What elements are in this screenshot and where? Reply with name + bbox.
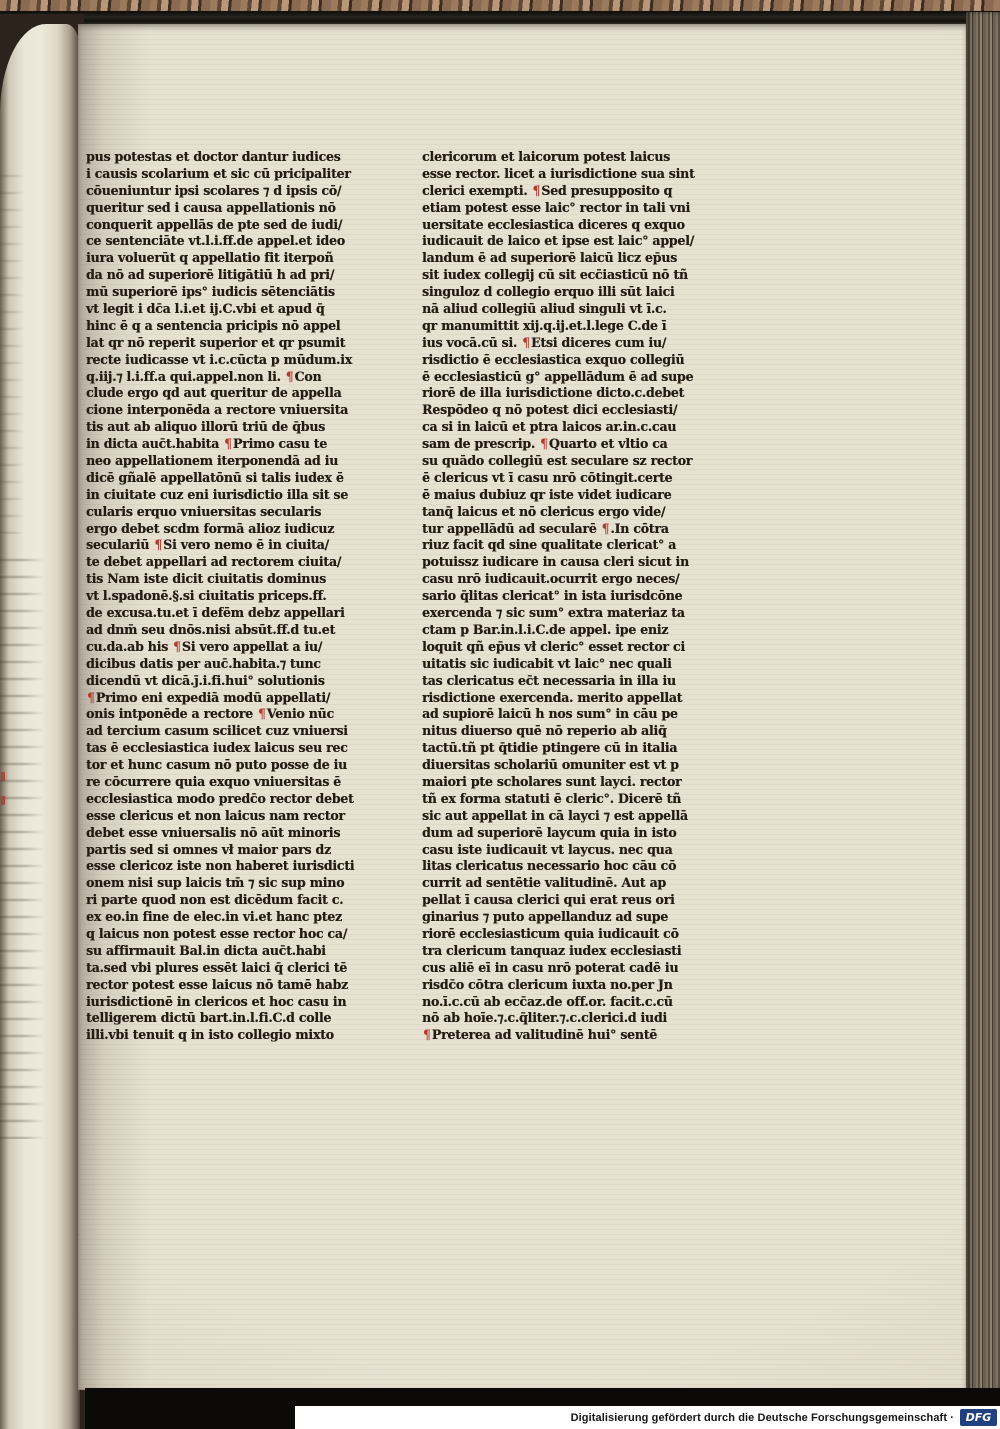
text-line: riuz facit qd sine qualitate clericat° a [422, 537, 714, 554]
text-line: tis aut ab aliquo illorū triū de q̄bus [86, 419, 374, 436]
text-line: exercenda ⁊ sic sum° extra materiaz ta [422, 605, 714, 622]
text-line: ad tercium casum scilicet cuz vniuersi [86, 723, 374, 740]
text-line: cu.da.ab his ¶Si vero appellat a iu/ [86, 639, 374, 656]
digitization-credit-text: Digitalisierung gefördert durch die Deut… [571, 1412, 954, 1424]
text-line: sam de prescrip. ¶Quarto et vltio ca [422, 436, 714, 453]
text-line: tor et hunc casum nō puto posse de iu [86, 757, 374, 774]
text-line: illi.vbi tenuit q in isto collegio mixto [86, 1027, 374, 1044]
text-line: in dicta auc̄t.habita ¶Primo casu te [86, 436, 374, 453]
text-line: ¶Primo eni expediā modū appellati/ [86, 690, 374, 707]
text-line: cione interponēda a rectore vniuersita [86, 402, 374, 419]
text-line: hinc ē q a sentencia pricipis nō appel [86, 318, 374, 335]
text-line: iudicauit de laico et ipse est laic° app… [422, 233, 714, 250]
text-line: da nō ad superiorē litigātiū h ad pri/ [86, 267, 374, 284]
text-line: sario q̄litas clericat° in ista iurisdcō… [422, 588, 714, 605]
text-line: potuissz iudicare in causa cleri sicut i… [422, 554, 714, 571]
text-line: litas clericatus necessario hoc cāu cō [422, 858, 714, 875]
text-line: ¶Preterea ad valitudinē hui° sentē [422, 1027, 714, 1044]
text-line: landum ē ad superiorē laicū licz ep̄us [422, 250, 714, 267]
text-column-right: clericorum et laicorum potest laicusesse… [422, 149, 714, 1044]
text-line: ta.sed vbi plures essēt laici q̄ clerici… [86, 960, 374, 977]
text-line: de excusa.tu.et ī defēm debz appellari [86, 605, 374, 622]
text-line: casu iste iudicauit vt laycus. nec qua [422, 842, 714, 859]
text-line: tas clericatus ec̄t necessaria in illa i… [422, 673, 714, 690]
text-line: ē maius dubiuz qr iste videt iudicare [422, 487, 714, 504]
text-line: iurisdictionē in clericos et hoc casu in [86, 994, 374, 1011]
text-line: ca si in laicū et ptra laicos ar.in.c.ca… [422, 419, 714, 436]
text-line: ri parte quod non est dicēdum facit c. [86, 892, 374, 909]
text-line: dum ad superiorē laycum quia in isto [422, 825, 714, 842]
text-line: clericorum et laicorum potest laicus [422, 149, 714, 166]
text-line: esse clericus et non laicus nam rector [86, 808, 374, 825]
text-line: pus potestas et doctor dantur iudices [86, 149, 374, 166]
text-line: ce sentenciāte vt.l.i.ff.de appel.et ide… [86, 233, 374, 250]
text-line: nā aliud collegiū aliud singuli vt ī.c. [422, 301, 714, 318]
text-line: sit iudex collegij cū sit ecc̄iasticū nō… [422, 267, 714, 284]
text-line: ecclesiastica modo predc̄o rector debet [86, 791, 374, 808]
text-line: dicibus datis per auc̄.habita.⁊ tunc [86, 656, 374, 673]
text-line: uitatis sic iudicabit vt laic° nec quali [422, 656, 714, 673]
text-line: loquit qñ ep̄us vł cleric° esset rector … [422, 639, 714, 656]
text-line: telligerem dictū bart.in.l.fi.C.d colle [86, 1010, 374, 1027]
text-line: in ciuitate cuz eni iurisdictio illa sit… [86, 487, 374, 504]
text-line: i causis scolarium et sic cū pricipalite… [86, 166, 374, 183]
text-line: clerici exempti. ¶Sed presupposito q [422, 183, 714, 200]
text-line: pellat ī causa clerici qui erat reus ori [422, 892, 714, 909]
text-line: ē clericus vt ī casu nrō cōtingit.certe [422, 470, 714, 487]
text-line: mū superiorē ips° iudicis sētenciātis [86, 284, 374, 301]
text-line: rector potest esse laicus nō tamē habz [86, 977, 374, 994]
text-line: queritur sed i causa appellationis nō [86, 200, 374, 217]
text-line: tur appellādū ad secularē ¶.In cōtra [422, 521, 714, 538]
text-line: ē ecclesiasticū g° appellādum ē ad supe [422, 369, 714, 386]
scanned-book-page: pus potestas et doctor dantur iudicesi c… [0, 0, 1000, 1429]
text-line: tis Nam iste dicit ciuitatis dominus [86, 571, 374, 588]
digitization-footer: Digitalisierung gefördert durch die Deut… [295, 1406, 1000, 1429]
text-line: q.iij.⁊ l.i.ff.a qui.appel.non li. ¶Con [86, 369, 374, 386]
facing-page-rubric-mark [1, 772, 5, 781]
text-line: ad dnm̄ seu dnōs.nisi absūt.ff.d tu.et [86, 622, 374, 639]
dfg-logo: DFG [960, 1409, 997, 1426]
text-line: ad supiorē laicū h nos sum° in cāu pe [422, 706, 714, 723]
facing-page-curl [0, 24, 80, 1429]
text-line: riorē ecclesiasticum quia iudicauit cō [422, 926, 714, 943]
text-line: uersitate ecclesiastica diceres q exquo [422, 217, 714, 234]
text-line: cōueniuntur ipsi scolares ⁊ d ipsis cō/ [86, 183, 374, 200]
text-line: risdc̄o cōtra clericum iuxta no.per Jn [422, 977, 714, 994]
text-line: ctam p Bar.in.l.i.C.de appel. ipe eniz [422, 622, 714, 639]
text-line: q laicus non potest esse rector hoc ca/ [86, 926, 374, 943]
text-line: ergo debet scdm formā alioz iudicuz [86, 521, 374, 538]
text-line: tas ē ecclesiastica iudex laicus seu rec [86, 740, 374, 757]
text-line: seculariū ¶Si vero nemo ē in ciuita/ [86, 537, 374, 554]
text-line: dicendū vt dicā.j̄.i.fi.hui° solutionis [86, 673, 374, 690]
text-line: tra clericum tanquaz iudex ecclesiasti [422, 943, 714, 960]
text-line: dicē gñalē appellatōnū si talis iudex ē [86, 470, 374, 487]
text-line: no.ī.c.cū ab ecc̄az.de off.or. facit.c.c… [422, 994, 714, 1011]
text-line: onem nisi sup laicis tm̄ ⁊ sic sup mino [86, 875, 374, 892]
text-line: risdictio ē ecclesiastica exquo collegiū [422, 352, 714, 369]
text-line: debet esse vniuersalis nō aūt minoris [86, 825, 374, 842]
text-line: nō ab hoīe.⁊.c.q̄liter.⁊.c.clerici.d iud… [422, 1010, 714, 1027]
text-line: clude ergo qd aut queritur de appella [86, 385, 374, 402]
text-line: esse rector. licet a iurisdictione sua s… [422, 166, 714, 183]
text-line: tñ ex forma statuti ē cleric°. Dicerē tñ [422, 791, 714, 808]
text-line: diuersitas scholariū omuniter est vt p [422, 757, 714, 774]
text-line: su quādo collegiū est seculare sz rector [422, 453, 714, 470]
text-line: maiori pte scholares sunt layci. rector [422, 774, 714, 791]
facing-page-ghost-text [0, 174, 26, 534]
text-line: casu nrō iudicauit.ocurrit ergo neces/ [422, 571, 714, 588]
text-line: vt legit i dc̄a l.i.et ij.C.vbi et apud … [86, 301, 374, 318]
text-line: nitus diuerso quē nō reperio ab aliq̄ [422, 723, 714, 740]
text-line: singuloz d collegio erquo illi sūt laici [422, 284, 714, 301]
text-line: tactū.tñ pt q̄tidie ptingere cū in itali… [422, 740, 714, 757]
text-line: ex eo.in fine de elec.in vi.et hanc ptez [86, 909, 374, 926]
text-line: vt l.spadonē.§.si ciuitatis priceps.ff. [86, 588, 374, 605]
text-line: conquerit appellās de pte sed de iudi/ [86, 217, 374, 234]
facing-page-rubric-mark [1, 796, 5, 805]
text-line: recte iudicasse vt i.c.cūcta p mūdum.ix [86, 352, 374, 369]
text-line: lat qr nō reperit superior et qr psumit [86, 335, 374, 352]
text-line: qr manumittit xij.q.ij.et.l.lege C.de ī [422, 318, 714, 335]
text-line: sic aut appellat in cā layci ⁊ est appel… [422, 808, 714, 825]
facing-page-ghost-text [0, 554, 44, 1139]
text-line: cus aliē eī in casu nrō poterat cadē iu [422, 960, 714, 977]
text-line: cularis erquo vniuersitas secularis [86, 504, 374, 521]
text-line: ginarius ⁊ puto appellanduz ad supe [422, 909, 714, 926]
text-line: re cōcurrere quia exquo vniuersitas ē [86, 774, 374, 791]
text-line: ius vocā.cū si. ¶Etsi diceres cum iu/ [422, 335, 714, 352]
text-line: te debet appellari ad rectorem ciuita/ [86, 554, 374, 571]
text-line: partis sed si omnes vł maior pars dz [86, 842, 374, 859]
text-line: su affirmauit Bal.in dicta auc̄t.habi [86, 943, 374, 960]
text-line: Respōdeo q nō potest dici ecclesiasti/ [422, 402, 714, 419]
text-line: risdictione exercenda. merito appellat [422, 690, 714, 707]
text-line: iura voluerūt q appellatio fit iterpoñ [86, 250, 374, 267]
text-line: onis intponēde a rectore ¶Venio nūc [86, 706, 374, 723]
text-line: neo appellationem iterponendā ad iu [86, 453, 374, 470]
text-line: etiam potest esse laic° rector in tali v… [422, 200, 714, 217]
text-line: tanq̄ laicus et nō clericus ergo vide/ [422, 504, 714, 521]
book-fore-edge [966, 12, 1000, 1392]
text-line: esse clericoz iste non haberet iurisdict… [86, 858, 374, 875]
text-line: riorē de illa iurisdictione dicto.c.debe… [422, 385, 714, 402]
text-line: currit ad sentētie valitudinē. Aut ap [422, 875, 714, 892]
text-column-left: pus potestas et doctor dantur iudicesi c… [86, 149, 374, 1044]
